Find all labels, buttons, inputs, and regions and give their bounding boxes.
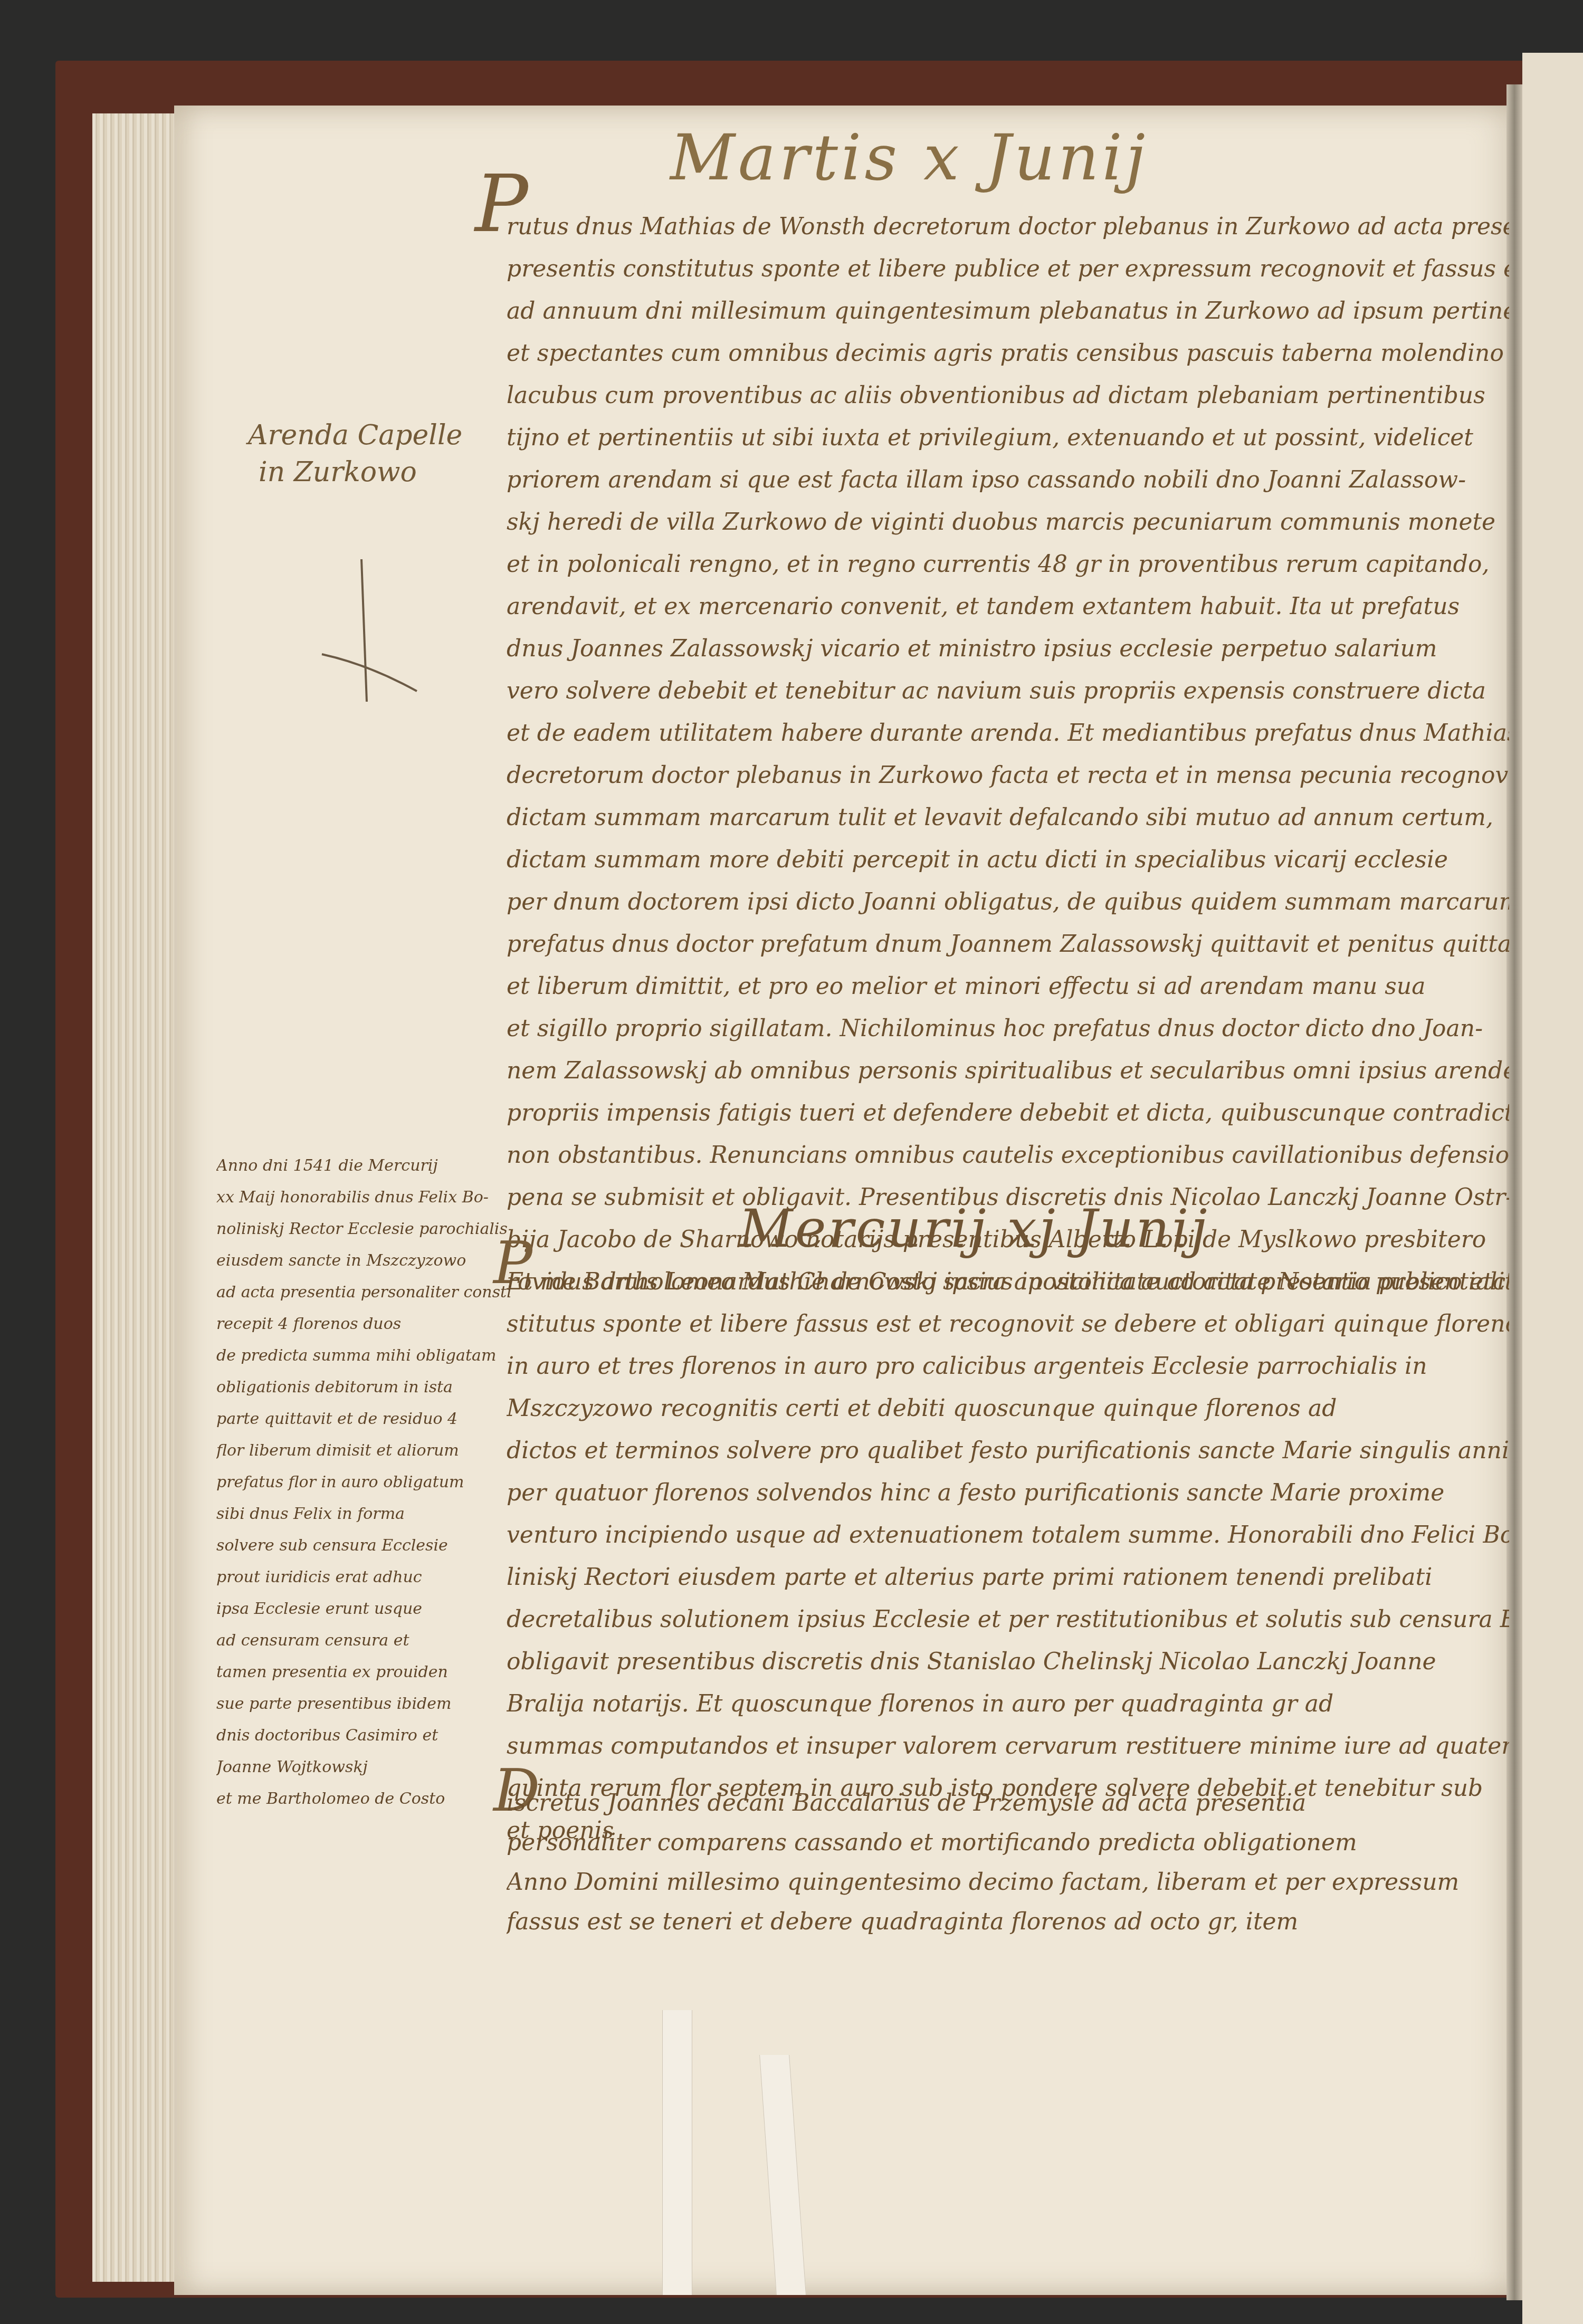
- manuscript-line: lacubus cum proventibus ac aliis obventi…: [507, 375, 1509, 417]
- manuscript-line: flor liberum dimisit et aliorum: [216, 1435, 512, 1467]
- manuscript-line: obligationis debitorum in ista: [216, 1372, 512, 1403]
- manuscript-line: tijno et pertinentiis ut sibi iuxta et p…: [507, 417, 1509, 459]
- manuscript-line: liniskj Rectori eiusdem parte et alteriu…: [507, 1556, 1509, 1599]
- manuscript-line: Joanne Wojtkowskj: [216, 1752, 512, 1783]
- manuscript-line: ipsa Ecclesie erunt usque: [216, 1593, 512, 1625]
- manuscript-line: arendavit, et ex mercenario convenit, et…: [507, 586, 1509, 628]
- entry-text: rovidus dnus Leonardus Charnowskj ipsius…: [507, 1261, 1509, 1852]
- margin-note-line: in Zurkowo: [248, 454, 462, 491]
- entry-text: rutus dnus Mathias de Wonsth decretorum …: [507, 206, 1509, 1303]
- manuscript-line: eiusdem sancte in Mszczyzowo: [216, 1245, 512, 1277]
- manuscript-line: et liberum dimittit, et pro eo melior et…: [507, 965, 1509, 1008]
- manuscript-line: et in polonicali rengno, et in regno cur…: [507, 543, 1509, 586]
- margin-note-block: Anno dni 1541 die Mercurijxx Maij honora…: [216, 1150, 512, 1815]
- manuscript-line: ad acta presentia personaliter constitut…: [216, 1277, 512, 1308]
- manuscript-line: per quatuor florenos solvendos hinc a fe…: [507, 1472, 1509, 1514]
- manuscript-line: Mszczyzowo recognitis certi et debiti qu…: [507, 1388, 1509, 1430]
- manuscript-line: obligavit presentibus discretis dnis Sta…: [507, 1641, 1509, 1683]
- margin-note-title: Arenda Capelle in Zurkowo: [248, 417, 462, 491]
- manuscript-line: prefatus dnus doctor prefatum dnum Joann…: [507, 923, 1509, 965]
- cross-mark-icon: [317, 554, 422, 712]
- manuscript-line: ad censuram censura et: [216, 1625, 512, 1657]
- manuscript-line: solvere sub censura Ecclesie: [216, 1530, 512, 1562]
- manuscript-line: de predicta summa mihi obligatam: [216, 1340, 512, 1372]
- manuscript-line: et me Bartholomeo de Costo: [216, 1783, 512, 1815]
- manuscript-line: rovidus dnus Leonardus Charnowskj ipsius…: [507, 1261, 1509, 1303]
- manuscript-line: noliniskj Rector Ecclesie parochialis: [216, 1213, 512, 1245]
- manuscript-line: parte quittavit et de residuo 4: [216, 1403, 512, 1435]
- manuscript-line: per dnum doctorem ipsi dicto Joanni obli…: [507, 881, 1509, 923]
- manuscript-line: dictam summam marcarum tulit et levavit …: [507, 797, 1509, 839]
- manuscript-line: personaliter comparens cassando et morti…: [507, 1823, 1509, 1862]
- manuscript-line: sue parte presentibus ibidem: [216, 1688, 512, 1720]
- manuscript-line: prefatus flor in auro obligatum: [216, 1467, 512, 1498]
- manuscript-line: et sigillo proprio sigillatam. Nichilomi…: [507, 1008, 1509, 1050]
- manuscript-line: dnis doctoribus Casimiro et: [216, 1720, 512, 1752]
- manuscript-line: xx Maij honorabilis dnus Felix Bo-: [216, 1182, 512, 1213]
- manuscript-line: rutus dnus Mathias de Wonsth decretorum …: [507, 206, 1509, 248]
- manuscript-line: skj heredi de villa Zurkowo de viginti d…: [507, 501, 1509, 543]
- manuscript-line: sibi dnus Felix in forma: [216, 1498, 512, 1530]
- manuscript-line: summas computandos et insuper valorem ce…: [507, 1725, 1509, 1767]
- entry-heading: Martis x Junij: [670, 121, 1148, 195]
- manuscript-line: prout iuridicis erat adhuc: [216, 1562, 512, 1593]
- manuscript-line: tamen presentia ex prouiden: [216, 1657, 512, 1688]
- manuscript-line: vero solvere debebit et tenebitur ac nav…: [507, 670, 1509, 712]
- manuscript-line: presentis constitutus sponte et libere p…: [507, 248, 1509, 290]
- manuscript-line: Anno dni 1541 die Mercurij: [216, 1150, 512, 1182]
- manuscript-line: dnus Joannes Zalassowskj vicario et mini…: [507, 628, 1509, 670]
- entry-text: iscretus Joannes decani Baccalarius de P…: [507, 1783, 1509, 1942]
- manuscript-line: non obstantibus. Renuncians omnibus caut…: [507, 1134, 1509, 1177]
- page-block-edges: [92, 113, 182, 2282]
- manuscript-line: propriis impensis fatigis tueri et defen…: [507, 1092, 1509, 1134]
- manuscript-line: venturo incipiendo usque ad extenuatione…: [507, 1514, 1509, 1556]
- manuscript-line: recepit 4 florenos duos: [216, 1308, 512, 1340]
- manuscript-line: decretorum doctor plebanus in Zurkowo fa…: [507, 754, 1509, 797]
- manuscript-line: et de eadem utilitatem habere durante ar…: [507, 712, 1509, 754]
- manuscript-line: dictos et terminos solvere pro qualibet …: [507, 1430, 1509, 1472]
- manuscript-line: fassus est se teneri et debere quadragin…: [507, 1902, 1509, 1942]
- manuscript-line: Bralija notarijs. Et quoscunque florenos…: [507, 1683, 1509, 1725]
- manuscript-line: nem Zalassowskj ab omnibus personis spir…: [507, 1050, 1509, 1092]
- margin-note-line: Arenda Capelle: [248, 417, 462, 454]
- facing-page: [1522, 53, 1583, 2324]
- manuscript-line: iscretus Joannes decani Baccalarius de P…: [507, 1783, 1509, 1823]
- manuscript-line: dictam summam more debiti percepit in ac…: [507, 839, 1509, 881]
- manuscript-line: in auro et tres florenos in auro pro cal…: [507, 1345, 1509, 1388]
- paper-repair-strip: [662, 2010, 692, 2295]
- manuscript-line: et spectantes cum omnibus decimis agris …: [507, 332, 1509, 375]
- manuscript-line: stitutus sponte et libere fassus est et …: [507, 1303, 1509, 1345]
- manuscript-line: priorem arendam si que est facta illam i…: [507, 459, 1509, 501]
- manuscript-line: decretalibus solutionem ipsius Ecclesie …: [507, 1599, 1509, 1641]
- manuscript-line: Anno Domini millesimo quingentesimo deci…: [507, 1862, 1509, 1902]
- entry-heading: Mercurij xj Junij: [739, 1198, 1209, 1259]
- manuscript-line: ad annuum dni millesimum quingentesimum …: [507, 290, 1509, 332]
